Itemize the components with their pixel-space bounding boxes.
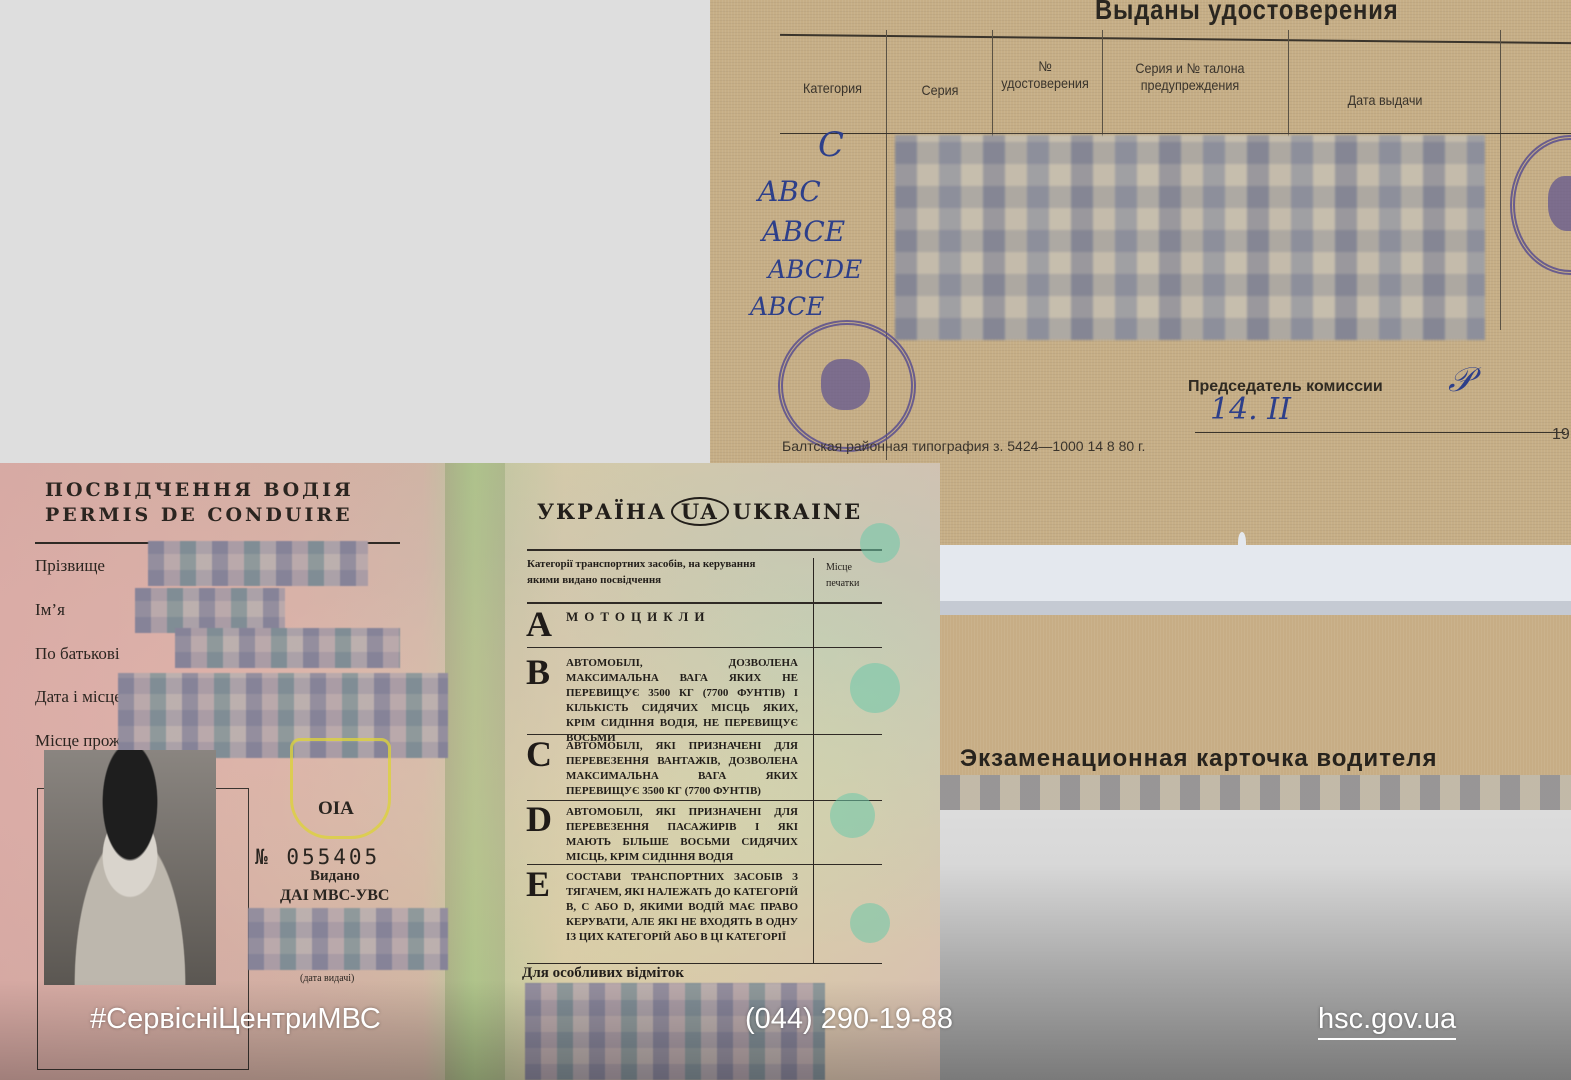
handwritten-day: 14. II <box>1210 392 1291 427</box>
printer-line: Балтская районная типография з. 5424—100… <box>782 438 1145 454</box>
redacted-patronymic <box>175 628 400 668</box>
holder-photo <box>44 750 216 985</box>
handwritten-category: ABCE <box>762 215 845 248</box>
field-label-name: Ім’я <box>35 600 65 620</box>
divider <box>527 647 882 648</box>
category-desc-b: Автомобілі, дозволена максимальна вага я… <box>566 656 798 746</box>
redacted-surname <box>148 541 368 586</box>
country-ua: УКРАЇНА <box>537 499 667 524</box>
footer-phone[interactable]: (044) 290-19-88 <box>745 1003 953 1036</box>
column-header-category: Категория <box>785 80 880 97</box>
category-letter-b: B <box>526 651 550 693</box>
round-stamp-icon <box>778 320 916 452</box>
category-desc-a: МОТОЦИКЛИ <box>566 609 798 624</box>
footer-gradient <box>940 810 1571 1080</box>
torn-notch <box>1238 532 1246 552</box>
license-header-fr: PERMIS DE CONDUIRE <box>45 504 353 526</box>
chairman-signature: 𝒫 <box>1448 360 1473 400</box>
redacted-name <box>940 775 1571 810</box>
redacted-name <box>135 588 285 633</box>
redacted-issuer-date <box>248 908 448 970</box>
column-header-license-number: № удостоверения <box>1000 58 1090 92</box>
issued-by: ДАІ МВС-УВС <box>280 887 389 905</box>
column-header-issue-date: Дата выдачи <box>1318 92 1453 109</box>
category-desc-e: Состави транспортних засобів з тягачем, … <box>566 870 798 945</box>
divider <box>527 734 882 735</box>
license-number: № 055405 <box>255 845 380 869</box>
exam-card-bottom-title: Экзаменационная карточка водителя <box>960 745 1437 773</box>
year-prefix: 19 <box>1552 426 1570 444</box>
stamp-place-label: Місце печатки <box>826 560 876 592</box>
country-code: UA <box>671 497 729 526</box>
redacted-birth-residence <box>118 673 448 758</box>
license-series: OIA <box>318 798 354 820</box>
divider <box>1500 30 1501 330</box>
divider <box>813 558 814 963</box>
field-label-patronymic: По батькові <box>35 644 120 664</box>
security-pattern <box>850 663 900 713</box>
column-header-series: Серия <box>895 82 985 99</box>
divider <box>527 864 882 865</box>
categories-note: Категорії транспортних засобів, на керув… <box>527 556 777 588</box>
redacted-records <box>895 135 1485 340</box>
security-pattern <box>830 793 875 838</box>
footer-website-link[interactable]: hsc.gov.ua <box>1318 1003 1456 1040</box>
handwritten-category: ABCE <box>750 292 824 321</box>
security-pattern <box>860 523 900 563</box>
divider <box>527 549 882 551</box>
divider <box>780 133 1571 134</box>
issued-label: Видано <box>310 868 360 885</box>
category-desc-c: Автомобілі, які призначені для перевезен… <box>566 739 798 799</box>
divider <box>527 963 882 964</box>
divider <box>527 602 882 604</box>
column-header-warning-coupon: Серия и № талона предупреждения <box>1127 60 1253 94</box>
footer-hashtag: #СервісніЦентриМВС <box>90 1003 381 1036</box>
license-header-ua: ПОСВІДЧЕННЯ ВОДІЯ <box>45 479 354 501</box>
category-letter-a: A <box>526 603 552 645</box>
trident-emblem-icon <box>290 738 391 839</box>
round-stamp-icon <box>1510 135 1571 275</box>
torn-gap <box>940 545 1571 615</box>
divider <box>780 34 1571 44</box>
exam-card-title: Выданы удостоверения <box>1095 0 1398 26</box>
category-letter-e: E <box>526 863 550 905</box>
handwritten-category: ABC <box>758 175 821 208</box>
number-value: 055405 <box>286 845 380 869</box>
number-label: № <box>255 845 271 869</box>
field-label-surname: Прізвище <box>35 556 105 576</box>
category-letter-d: D <box>526 798 552 840</box>
country-en: UKRAINE <box>733 499 862 524</box>
country-title: УКРАЇНАUAUKRAINE <box>537 497 862 526</box>
divider <box>527 800 882 801</box>
category-desc-d: Автомобілі, які призначені для перевезен… <box>566 805 798 865</box>
handwritten-category: C <box>818 125 844 165</box>
handwritten-category: ABCDE <box>768 255 862 284</box>
divider <box>1195 432 1565 433</box>
security-pattern <box>850 903 890 943</box>
category-letter-c: C <box>526 733 552 775</box>
